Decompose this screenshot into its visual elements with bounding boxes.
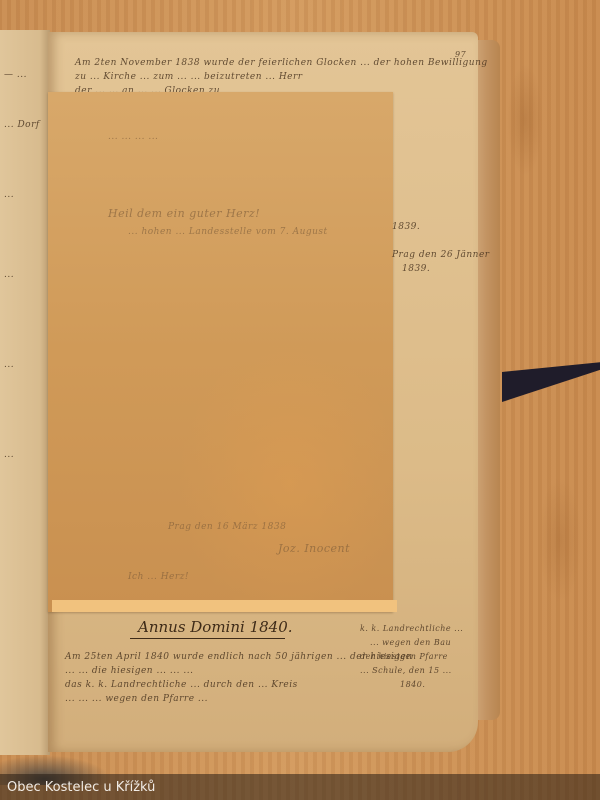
sheet-edge-strip — [52, 600, 397, 612]
left-book-page: — ... ... Dorf ... ... ... ... — [0, 30, 50, 755]
title-underline — [130, 638, 285, 639]
image-caption: Obec Kostelec u Křížků — [7, 780, 155, 795]
margin-note-3: 1839. — [402, 264, 430, 274]
bottom-line-2: ... ... die hiesigen ... ... ... — [65, 666, 193, 676]
bottom-line-3: das k. k. Landrechtliche ... durch den .… — [65, 680, 298, 690]
margin-note-2: Prag den 26 Jänner — [392, 250, 490, 260]
margin-note-1: 1839. — [392, 222, 420, 232]
top-line-1: Am 2ten November 1838 wurde der feierlic… — [75, 58, 488, 68]
top-line-2: zu ... Kirche ... zum ... ... beizutrete… — [75, 72, 303, 82]
bottom-line-4: ... ... ... wegen den Pfarre ... — [65, 694, 208, 704]
section-title: Annus Domini 1840. — [138, 618, 293, 636]
pasted-document-sheet: ... ... ... ... Heil dem ein guter Herz!… — [48, 92, 393, 612]
